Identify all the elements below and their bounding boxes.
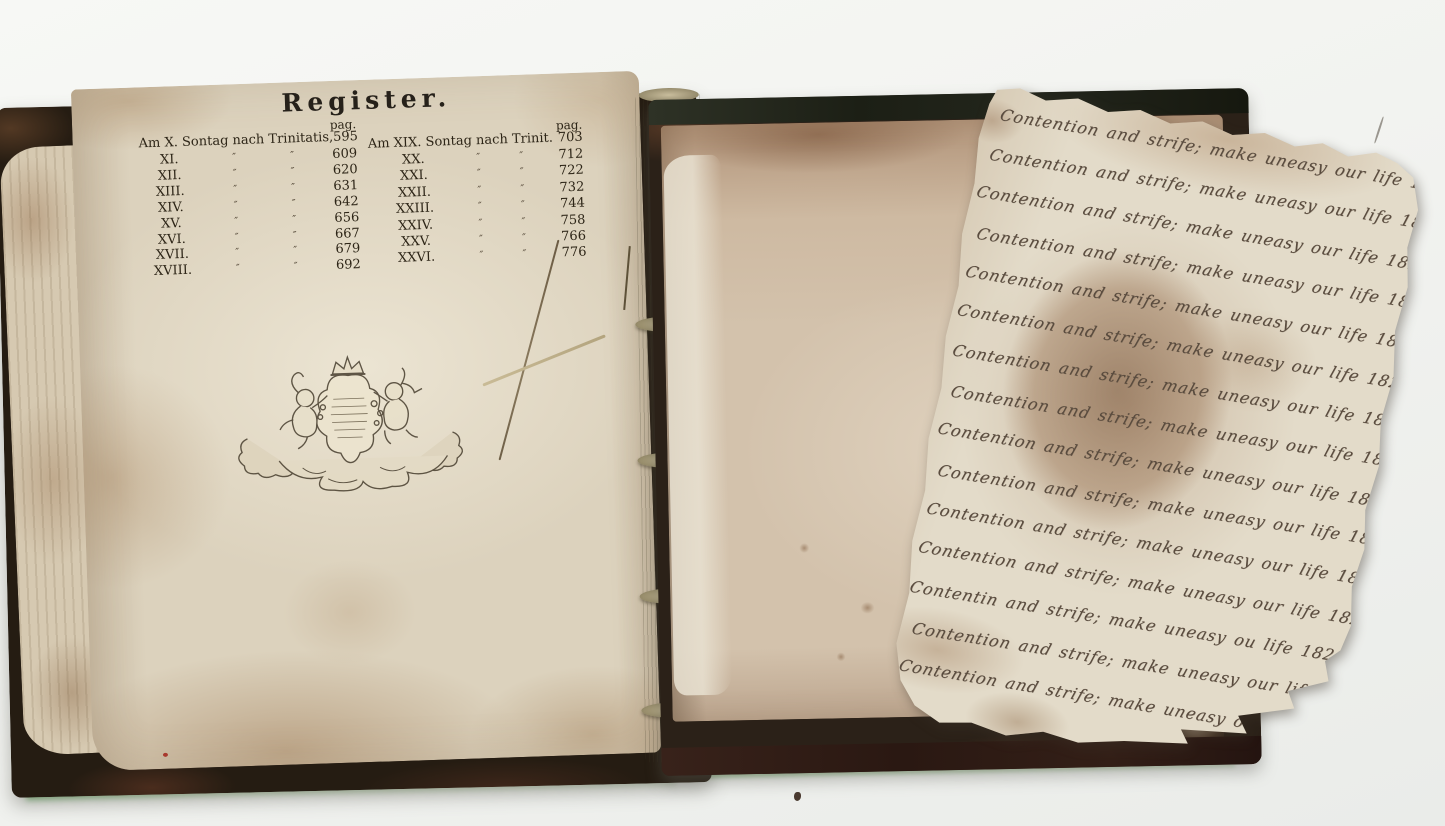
ditto-mark: ″: [263, 163, 321, 181]
page-number: 712: [539, 147, 584, 165]
ditto-mark: ″: [205, 165, 263, 183]
ditto-mark: ″: [455, 198, 506, 216]
foxing-spot: [860, 602, 874, 614]
ditto-mark: ″: [504, 181, 541, 199]
register-table-left: XI.″″609 XII.″″620 XIII.″″631 XIV.″″642 …: [133, 146, 361, 281]
page-number: 722: [540, 163, 585, 181]
ditto-mark: ″: [207, 197, 265, 215]
page-number: 692: [325, 257, 362, 274]
page-number: 766: [542, 229, 587, 247]
ditto-mark: ″: [207, 213, 265, 231]
ditto-mark: ″: [267, 259, 325, 277]
ditto-mark: ″: [454, 166, 505, 184]
register-title: Register.: [251, 82, 482, 119]
ditto-mark: ″: [454, 182, 505, 200]
ditto-mark: ″: [266, 243, 324, 261]
ditto-mark: ″: [456, 231, 507, 249]
ditto-mark: ″: [505, 197, 542, 215]
ditto-mark: ″: [505, 214, 542, 232]
ditto-mark: ″: [208, 245, 266, 263]
cherub-vignette-illustration: [229, 339, 469, 497]
ditto-mark: ″: [206, 181, 264, 199]
register-header-left-page: 595: [333, 129, 358, 145]
ditto-mark: ″: [265, 195, 323, 213]
torn-paper-strip: [663, 155, 732, 696]
ditto-mark: ″: [453, 149, 504, 167]
ditto-mark: ″: [265, 211, 323, 229]
photo-scene: Register. pag. Am X. Sontag nach Trinita…: [0, 0, 1445, 826]
ditto-mark: ″: [205, 149, 263, 167]
ditto-mark: ″: [504, 165, 541, 183]
page-number: 732: [540, 179, 585, 197]
page-number: 656: [323, 210, 360, 227]
ditto-mark: ″: [456, 248, 507, 266]
chapter-numeral: XVIII.: [137, 262, 209, 280]
page-number: 679: [324, 242, 361, 259]
foxing-spot: [836, 652, 845, 661]
red-speck: [163, 753, 168, 757]
page-number: 620: [321, 162, 358, 179]
page-number: 776: [542, 245, 587, 263]
register-page: Register. pag. Am X. Sontag nach Trinita…: [71, 71, 661, 771]
ditto-mark: ″: [264, 179, 322, 197]
speck-on-background: [794, 792, 801, 801]
register-header-right-page: 703: [558, 130, 583, 146]
ditto-mark: ″: [208, 229, 266, 247]
page-number: 758: [541, 212, 586, 230]
ditto-mark: ″: [209, 261, 267, 279]
page-number: 667: [324, 226, 361, 243]
page-number: 744: [541, 196, 586, 214]
chapter-numeral: XXVI.: [376, 249, 456, 268]
manuscript-leaf-wrapper: Contention and strife; make uneasy our l…: [985, 80, 1437, 728]
page-number: 631: [322, 178, 359, 195]
ditto-mark: ″: [455, 215, 506, 233]
page-number: 642: [322, 194, 359, 211]
foxing-spot: [799, 543, 809, 553]
ditto-mark: ″: [266, 227, 324, 245]
ditto-mark: ″: [263, 147, 321, 165]
page-number: 609: [321, 146, 358, 163]
ditto-mark: ″: [506, 230, 543, 248]
ditto-mark: ″: [506, 246, 543, 264]
ditto-mark: ″: [503, 148, 540, 166]
